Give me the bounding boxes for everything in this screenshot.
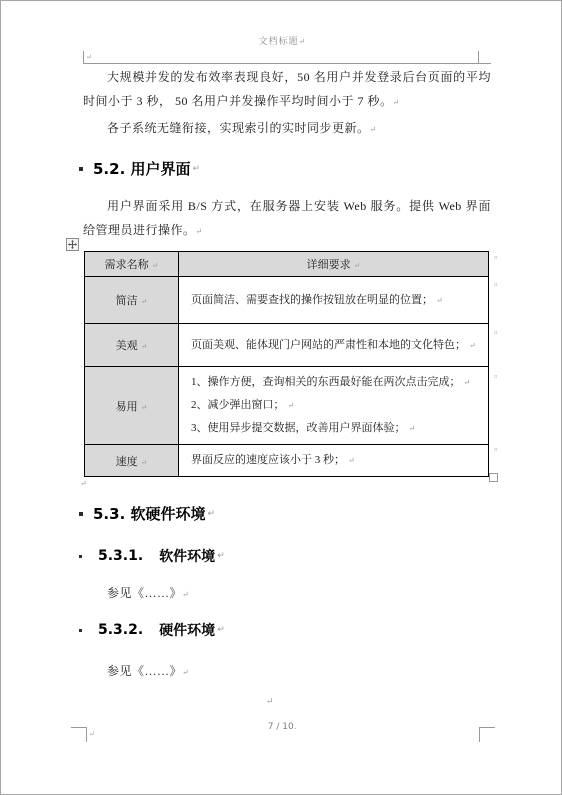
paragraph-mark-icon: ↵: [370, 125, 377, 134]
cell-end-mark-icon: ↵: [464, 378, 471, 387]
heading-number: 5.3.2.: [98, 622, 143, 638]
table-row: 速度↵ 界面反应的速度应该小于 3 秒；↵: [85, 445, 489, 477]
detail-text: 2、减少弹出窗口；: [191, 399, 285, 411]
column-header-text: 需求名称: [105, 259, 149, 271]
text-boundary-mark-left: [83, 51, 84, 63]
heading-5-3-2-hardware-environment: 5.3.2. 硬件环境 ↵: [79, 620, 225, 640]
row-end-mark-icon: ¤: [494, 446, 498, 454]
requirement-name-cell: 速度↵: [85, 445, 179, 477]
cell-end-mark-icon: ↵: [141, 297, 148, 306]
cell-end-mark-icon: ↵: [288, 401, 295, 410]
paragraph-mark-icon: ↵: [217, 551, 225, 561]
detail-line: 2、减少弹出窗口；↵: [191, 394, 482, 417]
detail-text: 3、使用异步提交数据，改善用户界面体验；: [191, 422, 406, 434]
cell-end-mark-icon: ↵: [141, 458, 148, 467]
table-row: 美观↵ 页面美观、能体现门户网站的严肃性和本地的文化特色；↵: [85, 324, 489, 367]
paragraph-mark-icon: ↵: [393, 98, 400, 107]
paragraph-mark-icon: ↵: [80, 479, 87, 488]
heading-5-2-user-interface: 5.2. 用户界面 ↵: [79, 158, 200, 179]
cell-end-mark-icon: ↵: [348, 456, 355, 465]
paragraph-text: 用户界面采用 B/S 方式，在服务器上安装 Web 服务。提供 Web 界面给管…: [83, 199, 491, 237]
column-header-name: 需求名称↵: [85, 252, 179, 277]
outline-bullet-icon: [79, 555, 82, 558]
detail-text: 页面美观、能体现门户网站的严肃性和本地的文化特色；: [191, 339, 466, 351]
paragraph-concurrency: 大规模并发的发布效率表现良好，50 名用户并发登录后台页面的平均时间小于 3 秒…: [83, 65, 491, 115]
requirement-name-text: 易用: [116, 401, 138, 413]
paragraph-mark-icon: ↵: [217, 625, 225, 635]
paragraph-text: 参见《……》: [107, 664, 182, 678]
cell-end-mark-icon: ↵: [141, 342, 148, 351]
requirement-detail-cell: 页面简洁、需要查找的操作按钮放在明显的位置；↵: [179, 277, 489, 324]
column-header-details: 详细要求↵: [179, 252, 489, 277]
cell-end-mark-icon: ↵: [409, 424, 416, 433]
paragraph-mark-icon: ↵: [182, 668, 189, 677]
paragraph-mark-icon: ↵: [299, 37, 306, 46]
requirement-name-cell: 简洁↵: [85, 277, 179, 324]
paragraph-software-reference: 参见《……》↵: [83, 581, 491, 607]
move-arrows-icon: [68, 240, 77, 249]
row-end-mark-icon: ¤: [494, 281, 498, 289]
paragraph-ui-description: 用户界面采用 B/S 方式，在服务器上安装 Web 服务。提供 Web 界面给管…: [83, 194, 491, 244]
requirement-name-text: 美观: [116, 340, 138, 352]
heading-text: 5.3. 软硬件环境: [93, 503, 206, 524]
header-divider: [83, 63, 491, 64]
column-header-text: 详细要求: [307, 259, 351, 271]
requirement-name-cell: 美观↵: [85, 324, 179, 367]
cell-end-mark-icon: ↵: [469, 341, 476, 350]
paragraph-mark-icon: ↵: [86, 53, 92, 61]
cell-end-mark-icon: ↵: [152, 261, 159, 270]
requirement-name-text: 速度: [116, 456, 138, 468]
detail-text: 界面反应的速度应该小于 3 秒；: [191, 454, 345, 466]
paragraph-text: 参见《……》: [107, 586, 182, 600]
requirement-detail-cell: 1、操作方便，查询相关的东西最好能在两次点击完成；↵ 2、减少弹出窗口；↵ 3、…: [179, 367, 489, 445]
detail-line: 3、使用异步提交数据，改善用户界面体验；↵: [191, 417, 482, 440]
heading-text: 硬件环境: [159, 620, 215, 640]
paragraph-text: 大规模并发的发布效率表现良好，50 名用户并发登录后台页面的平均时间小于 3 秒…: [83, 70, 491, 108]
row-end-mark-icon: ¤: [494, 254, 498, 262]
row-end-mark-icon: ¤: [494, 329, 498, 337]
paragraph-mark-icon: ↵: [208, 509, 216, 519]
requirement-detail-cell: 界面反应的速度应该小于 3 秒；↵: [179, 445, 489, 477]
table-resize-handle[interactable]: [489, 473, 498, 482]
requirement-detail-cell: 页面美观、能体现门户网站的严肃性和本地的文化特色；↵: [179, 324, 489, 367]
detail-line: 界面反应的速度应该小于 3 秒；↵: [191, 449, 482, 472]
paragraph-text: 各子系统无缝衔接，实现索引的实时同步更新。: [107, 121, 370, 135]
paragraph-mark-icon: .: [294, 722, 297, 731]
table-move-handle[interactable]: [66, 238, 79, 251]
detail-text: 页面简洁、需要查找的操作按钮放在明显的位置；: [191, 294, 433, 306]
heading-text: 软件环境: [159, 546, 215, 566]
page-number: 7 / 10.: [1, 722, 562, 732]
paragraph-mark-icon: ↵: [182, 590, 189, 599]
detail-line: 页面美观、能体现门户网站的严肃性和本地的文化特色；↵: [191, 334, 482, 357]
paragraph-mark-icon: ↵: [266, 696, 274, 707]
heading-text: 5.2. 用户界面: [93, 158, 191, 179]
requirements-table: 需求名称↵ 详细要求↵ 简洁↵ 页面简洁、需要查找的操作按钮放在明显的位置；↵ …: [84, 251, 489, 477]
paragraph-subsystem: 各子系统无缝衔接，实现索引的实时同步更新。↵: [83, 116, 491, 142]
cell-end-mark-icon: ↵: [436, 296, 443, 305]
outline-bullet-icon: [79, 629, 82, 632]
paragraph-mark-icon: ↵: [196, 227, 203, 236]
table-row: 简洁↵ 页面简洁、需要查找的操作按钮放在明显的位置；↵: [85, 277, 489, 324]
paragraph-mark-icon: ↵: [193, 164, 201, 174]
detail-line: 页面简洁、需要查找的操作按钮放在明显的位置；↵: [191, 289, 482, 312]
outline-bullet-icon: [79, 512, 83, 516]
page-number-text: 7 / 10: [268, 722, 294, 732]
heading-5-3-1-software-environment: 5.3.1. 软件环境 ↵: [79, 546, 225, 566]
outline-bullet-icon: [79, 167, 83, 171]
heading-number: 5.3.1.: [98, 548, 143, 564]
table-header-row: 需求名称↵ 详细要求↵: [85, 252, 489, 277]
header-title-text: 文档标题: [259, 36, 299, 46]
page-header-title: 文档标题↵: [1, 34, 562, 47]
row-end-mark-icon: ¤: [494, 373, 498, 381]
paragraph-hardware-reference: 参见《……》↵: [83, 659, 491, 685]
text-boundary-mark-right: [478, 51, 479, 63]
requirement-name-cell: 易用↵: [85, 367, 179, 445]
table-row: 易用↵ 1、操作方便，查询相关的东西最好能在两次点击完成；↵ 2、减少弹出窗口；…: [85, 367, 489, 445]
heading-5-3-environment: 5.3. 软硬件环境 ↵: [79, 503, 215, 524]
cell-end-mark-icon: ↵: [354, 261, 361, 270]
document-page: 文档标题↵ ↵ 大规模并发的发布效率表现良好，50 名用户并发登录后台页面的平均…: [0, 0, 562, 795]
detail-text: 1、操作方便，查询相关的东西最好能在两次点击完成；: [191, 376, 461, 388]
cell-end-mark-icon: ↵: [141, 403, 148, 412]
detail-line: 1、操作方便，查询相关的东西最好能在两次点击完成；↵: [191, 371, 482, 394]
requirement-name-text: 简洁: [116, 295, 138, 307]
